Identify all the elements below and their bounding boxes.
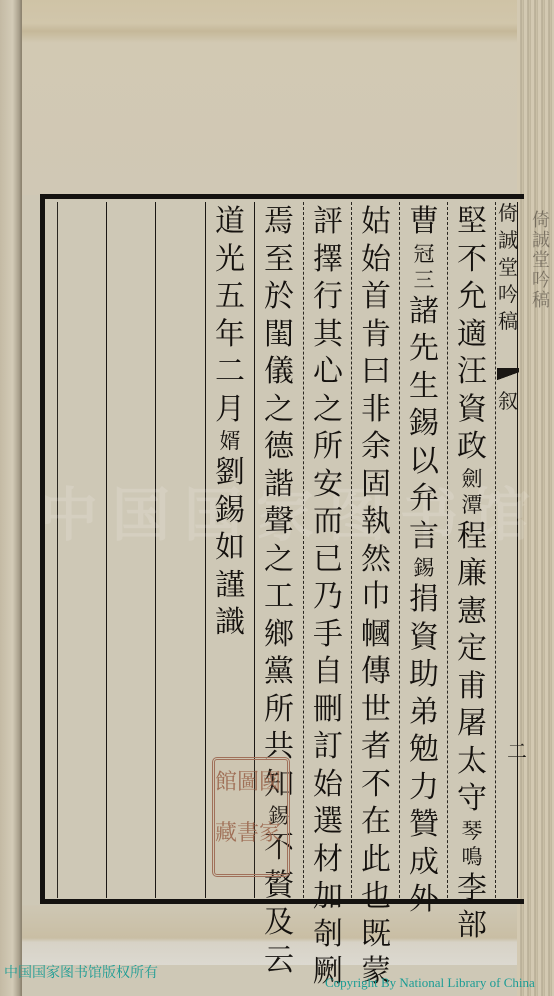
text-char: 識 [215, 604, 245, 642]
text-char: 於 [264, 278, 294, 316]
text-char: 錫 [409, 405, 439, 443]
text-char: 弁 [409, 480, 439, 518]
text-char: 余 [361, 428, 391, 466]
text-char: 刪 [313, 691, 343, 729]
text-char: 五 [215, 278, 245, 316]
text-char: 道 [215, 203, 245, 241]
text-char: 然 [361, 541, 391, 579]
text-column-4: 評擇行其心之所安而已乃手自刪訂始選材加剞劂 [305, 203, 351, 991]
banner-char: 吟 [498, 281, 518, 308]
text-char: 此 [361, 841, 391, 879]
text-char: 姑 [361, 203, 391, 241]
text-char: 選 [313, 803, 343, 841]
text-char: 年 [215, 316, 245, 354]
text-char: 訂 [313, 728, 343, 766]
seal-char: 圖 [237, 766, 259, 817]
text-char: 既 [361, 916, 391, 954]
text-char: 屠 [457, 705, 487, 743]
annotation-char: 潭 [462, 492, 483, 518]
text-char: 擇 [313, 241, 343, 279]
text-char: 勉 [409, 731, 439, 769]
text-char: 儀 [264, 353, 294, 391]
text-char: 閨 [264, 316, 294, 354]
text-char: 焉 [264, 203, 294, 241]
text-char: 始 [313, 766, 343, 804]
text-char: 允 [457, 278, 487, 316]
text-column-1: 堅不允適汪資政劍潭程廉憲定甫屠太守琴鳴李部 [449, 203, 495, 945]
text-char: 助 [409, 656, 439, 694]
text-char: 所 [313, 428, 343, 466]
text-char: 乃 [313, 578, 343, 616]
text-char: 政 [457, 428, 487, 466]
text-char: 程 [457, 518, 487, 556]
text-char: 首 [361, 278, 391, 316]
left-book-spine [0, 0, 22, 996]
text-char: 而 [313, 503, 343, 541]
text-char: 非 [361, 391, 391, 429]
text-char: 諧 [264, 466, 294, 504]
section-label: 叙 [498, 385, 518, 414]
text-column-3: 姑始首肯曰非余固執然巾幗傳世者不在此也既蒙 [353, 203, 399, 991]
text-char: 言 [409, 518, 439, 556]
text-char: 曹 [409, 203, 439, 241]
text-char: 所 [264, 691, 294, 729]
banner-char: 倚 [498, 200, 518, 227]
seal-char: 館 [215, 766, 237, 817]
annotation-char: 琴 [462, 818, 483, 844]
text-char: 工 [264, 578, 294, 616]
text-char: 心 [313, 353, 343, 391]
text-char: 巾 [361, 578, 391, 616]
text-char: 者 [361, 728, 391, 766]
text-char: 之 [264, 541, 294, 579]
text-char: 錫 [215, 492, 245, 530]
page-number: 二 [507, 735, 527, 764]
text-char: 劉 [215, 454, 245, 492]
banner-title: 倚誠堂吟稿 [497, 200, 519, 335]
text-char: 資 [457, 391, 487, 429]
text-char: 廉 [457, 555, 487, 593]
text-char: 捐 [409, 581, 439, 619]
annotation-char: 鳴 [462, 844, 483, 870]
seal-char: 書 [237, 817, 259, 868]
annotation-char: 三 [414, 267, 435, 293]
text-char: 至 [264, 241, 294, 279]
annotation-char: 冠 [414, 241, 435, 267]
text-char: 外 [409, 881, 439, 919]
text-char: 聲 [264, 503, 294, 541]
text-char: 手 [313, 616, 343, 654]
text-char: 幗 [361, 616, 391, 654]
seal-char: 國 [259, 766, 281, 817]
text-char: 在 [361, 803, 391, 841]
text-char: 其 [313, 316, 343, 354]
text-char: 之 [264, 391, 294, 429]
annotation-char: 錫 [414, 555, 435, 581]
text-char: 弟 [409, 694, 439, 732]
text-char: 加 [313, 878, 343, 916]
text-char: 先 [409, 330, 439, 368]
text-char: 贊 [409, 806, 439, 844]
text-char: 固 [361, 466, 391, 504]
text-char: 力 [409, 769, 439, 807]
banner-char: 稿 [498, 308, 518, 335]
text-char: 評 [313, 203, 343, 241]
text-char: 生 [409, 368, 439, 406]
copyright-chinese: 中国国家图书馆版权所有 [4, 962, 158, 982]
text-char: 不 [361, 766, 391, 804]
bleed-through-text-upper: 倚誠堂吟稿 [525, 210, 553, 310]
text-char: 行 [313, 278, 343, 316]
text-char: 及 [264, 904, 294, 942]
banner-char: 誠 [498, 227, 518, 254]
text-char: 謹 [215, 567, 245, 605]
copyright-english: Copyright By National Library of China [325, 975, 535, 991]
text-char: 太 [457, 743, 487, 781]
text-column-6: 道光五年二月婿劉錫如謹識 [207, 203, 253, 642]
text-char: 適 [457, 316, 487, 354]
text-char: 已 [313, 541, 343, 579]
text-char: 諸 [409, 293, 439, 331]
text-char: 自 [313, 653, 343, 691]
text-char: 甫 [457, 668, 487, 706]
text-column-2: 曹冠三諸先生錫以弁言錫捐資助弟勉力贊成外 [401, 203, 447, 919]
text-char: 成 [409, 844, 439, 882]
text-char: 以 [409, 443, 439, 481]
text-char: 云 [264, 942, 294, 980]
text-char: 曰 [361, 353, 391, 391]
text-char: 守 [457, 780, 487, 818]
fishtail-mark [497, 368, 519, 382]
text-char: 也 [361, 878, 391, 916]
page-top-margin-water-stain [22, 0, 522, 195]
text-char: 安 [313, 466, 343, 504]
annotation-char: 婿 [220, 428, 241, 454]
text-char: 傳 [361, 653, 391, 691]
text-char: 不 [457, 241, 487, 279]
annotation-char: 劍 [462, 466, 483, 492]
text-char: 材 [313, 841, 343, 879]
text-char: 如 [215, 529, 245, 567]
text-char: 黨 [264, 653, 294, 691]
text-char: 月 [215, 391, 245, 429]
text-char: 始 [361, 241, 391, 279]
text-char: 德 [264, 428, 294, 466]
text-char: 執 [361, 503, 391, 541]
text-char: 堅 [457, 203, 487, 241]
collector-seal: 國家圖書館藏 [212, 757, 290, 877]
text-char: 憲 [457, 593, 487, 631]
seal-char: 家 [259, 817, 281, 868]
seal-char: 藏 [215, 817, 237, 868]
banner-char: 堂 [498, 254, 518, 281]
text-char: 資 [409, 619, 439, 657]
text-char: 剞 [313, 916, 343, 954]
text-char: 光 [215, 241, 245, 279]
text-char: 世 [361, 691, 391, 729]
text-char: 李 [457, 870, 487, 908]
text-char: 定 [457, 630, 487, 668]
text-char: 鄉 [264, 616, 294, 654]
text-char: 肯 [361, 316, 391, 354]
text-char: 汪 [457, 353, 487, 391]
text-char: 二 [215, 353, 245, 391]
text-char: 部 [457, 907, 487, 945]
text-char: 之 [313, 391, 343, 429]
